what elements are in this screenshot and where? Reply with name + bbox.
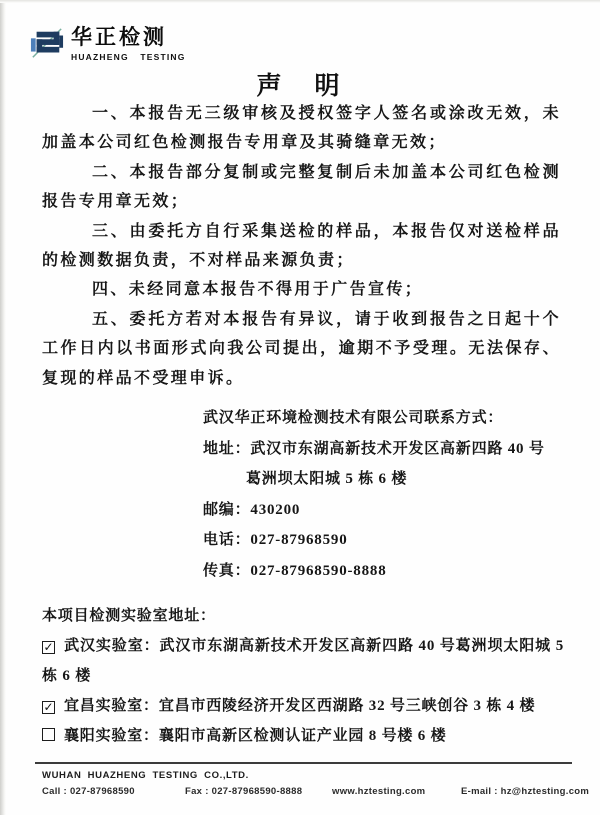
- contact-fax: 传真：027-87968590-8888: [203, 556, 563, 587]
- lab-name: 武汉实验室：: [64, 638, 160, 654]
- contact-heading: 武汉华正环境检测技术有限公司联系方式：: [203, 403, 563, 434]
- labs-heading: 本项目检测实验室地址：: [42, 601, 564, 631]
- check-mark: ✓: [43, 640, 53, 654]
- lab-address: 宜昌市西陵经济开发区西湖路 32 号三峡创谷 3 栋 4 楼: [159, 698, 536, 714]
- lab-address: 襄阳市高新区检测认证产业园 8 号楼 6 楼: [159, 728, 447, 744]
- page-title: 声 明: [0, 66, 600, 102]
- declaration-page: 华正检测 HUAZHENG TESTING 声 明 一、本报告无三级审核及授权签…: [0, 0, 600, 815]
- contact-section: 武汉华正环境检测技术有限公司联系方式： 地址：武汉市东湖高新技术开发区高新四路 …: [203, 403, 563, 587]
- labs-section: 本项目检测实验室地址： ✓武汉实验室：武汉市东湖高新技术开发区高新四路 40 号…: [42, 601, 564, 751]
- contact-address-line1: 地址：武汉市东湖高新技术开发区高新四路 40 号: [203, 434, 563, 465]
- lab-item-xiangyang: 襄阳实验室：襄阳市高新区检测认证产业园 8 号楼 6 楼: [42, 721, 564, 751]
- logo-name-cn: 华正检测: [71, 26, 186, 49]
- scan-edge-left: [0, 0, 6, 815]
- checked-checkbox-icon: ✓: [42, 701, 55, 714]
- statement-paragraph-5: 五、委托方若对本报告有异议，请于收到报告之日起十个工作日内以书面形式向我公司提出…: [42, 305, 561, 393]
- contact-phone: 电话：027-87968590: [203, 525, 563, 556]
- contact-postcode: 邮编：430200: [203, 495, 563, 526]
- statement-paragraph-1: 一、本报告无三级审核及授权签字人签名或涂改无效，未加盖本公司红色检测报告专用章及…: [42, 99, 561, 158]
- lab-item-wuhan: ✓武汉实验室：武汉市东湖高新技术开发区高新四路 40 号葛洲坝太阳城 5 栋 6…: [42, 631, 564, 691]
- contact-address-line2: 葛洲坝太阳城 5 栋 6 楼: [203, 464, 563, 495]
- unchecked-checkbox-icon: [42, 728, 55, 741]
- lab-item-yichang: ✓宜昌实验室：宜昌市西陵经济开发区西湖路 32 号三峡创谷 3 栋 4 楼: [42, 691, 564, 721]
- lab-name: 宜昌实验室：: [64, 698, 159, 714]
- scan-edge-top: [0, 0, 600, 3]
- footer-phone: Call : 027-87968590: [42, 786, 135, 797]
- check-mark: ✓: [43, 700, 53, 714]
- lab-name: 襄阳实验室：: [64, 728, 159, 744]
- footer-fax: Fax : 027-87968590-8888: [185, 786, 302, 797]
- footer-company-name: WUHAN HUAZHENG TESTING CO.,LTD.: [42, 770, 249, 781]
- huazheng-logo-icon: [30, 26, 64, 62]
- statement-paragraph-4: 四、未经同意本报告不得用于广告宣传；: [42, 275, 561, 304]
- checked-checkbox-icon: ✓: [42, 641, 55, 654]
- footer-website: www.hztesting.com: [332, 786, 425, 797]
- statement-paragraph-2: 二、本报告部分复制或完整复制后未加盖本公司红色检测报告专用章无效；: [42, 158, 561, 217]
- statement-paragraph-3: 三、由委托方自行采集送检的样品，本报告仅对送检样品的检测数据负责，不对样品来源负…: [42, 217, 561, 276]
- logo-text: 华正检测 HUAZHENG TESTING: [71, 26, 186, 62]
- company-logo: 华正检测 HUAZHENG TESTING: [30, 26, 186, 62]
- logo-name-en: HUAZHENG TESTING: [71, 52, 186, 62]
- statement-section: 一、本报告无三级审核及授权签字人签名或涂改无效，未加盖本公司红色检测报告专用章及…: [42, 99, 561, 393]
- footer-email: E-mail : hz@hztesting.com: [461, 786, 589, 797]
- footer-divider: [35, 762, 572, 764]
